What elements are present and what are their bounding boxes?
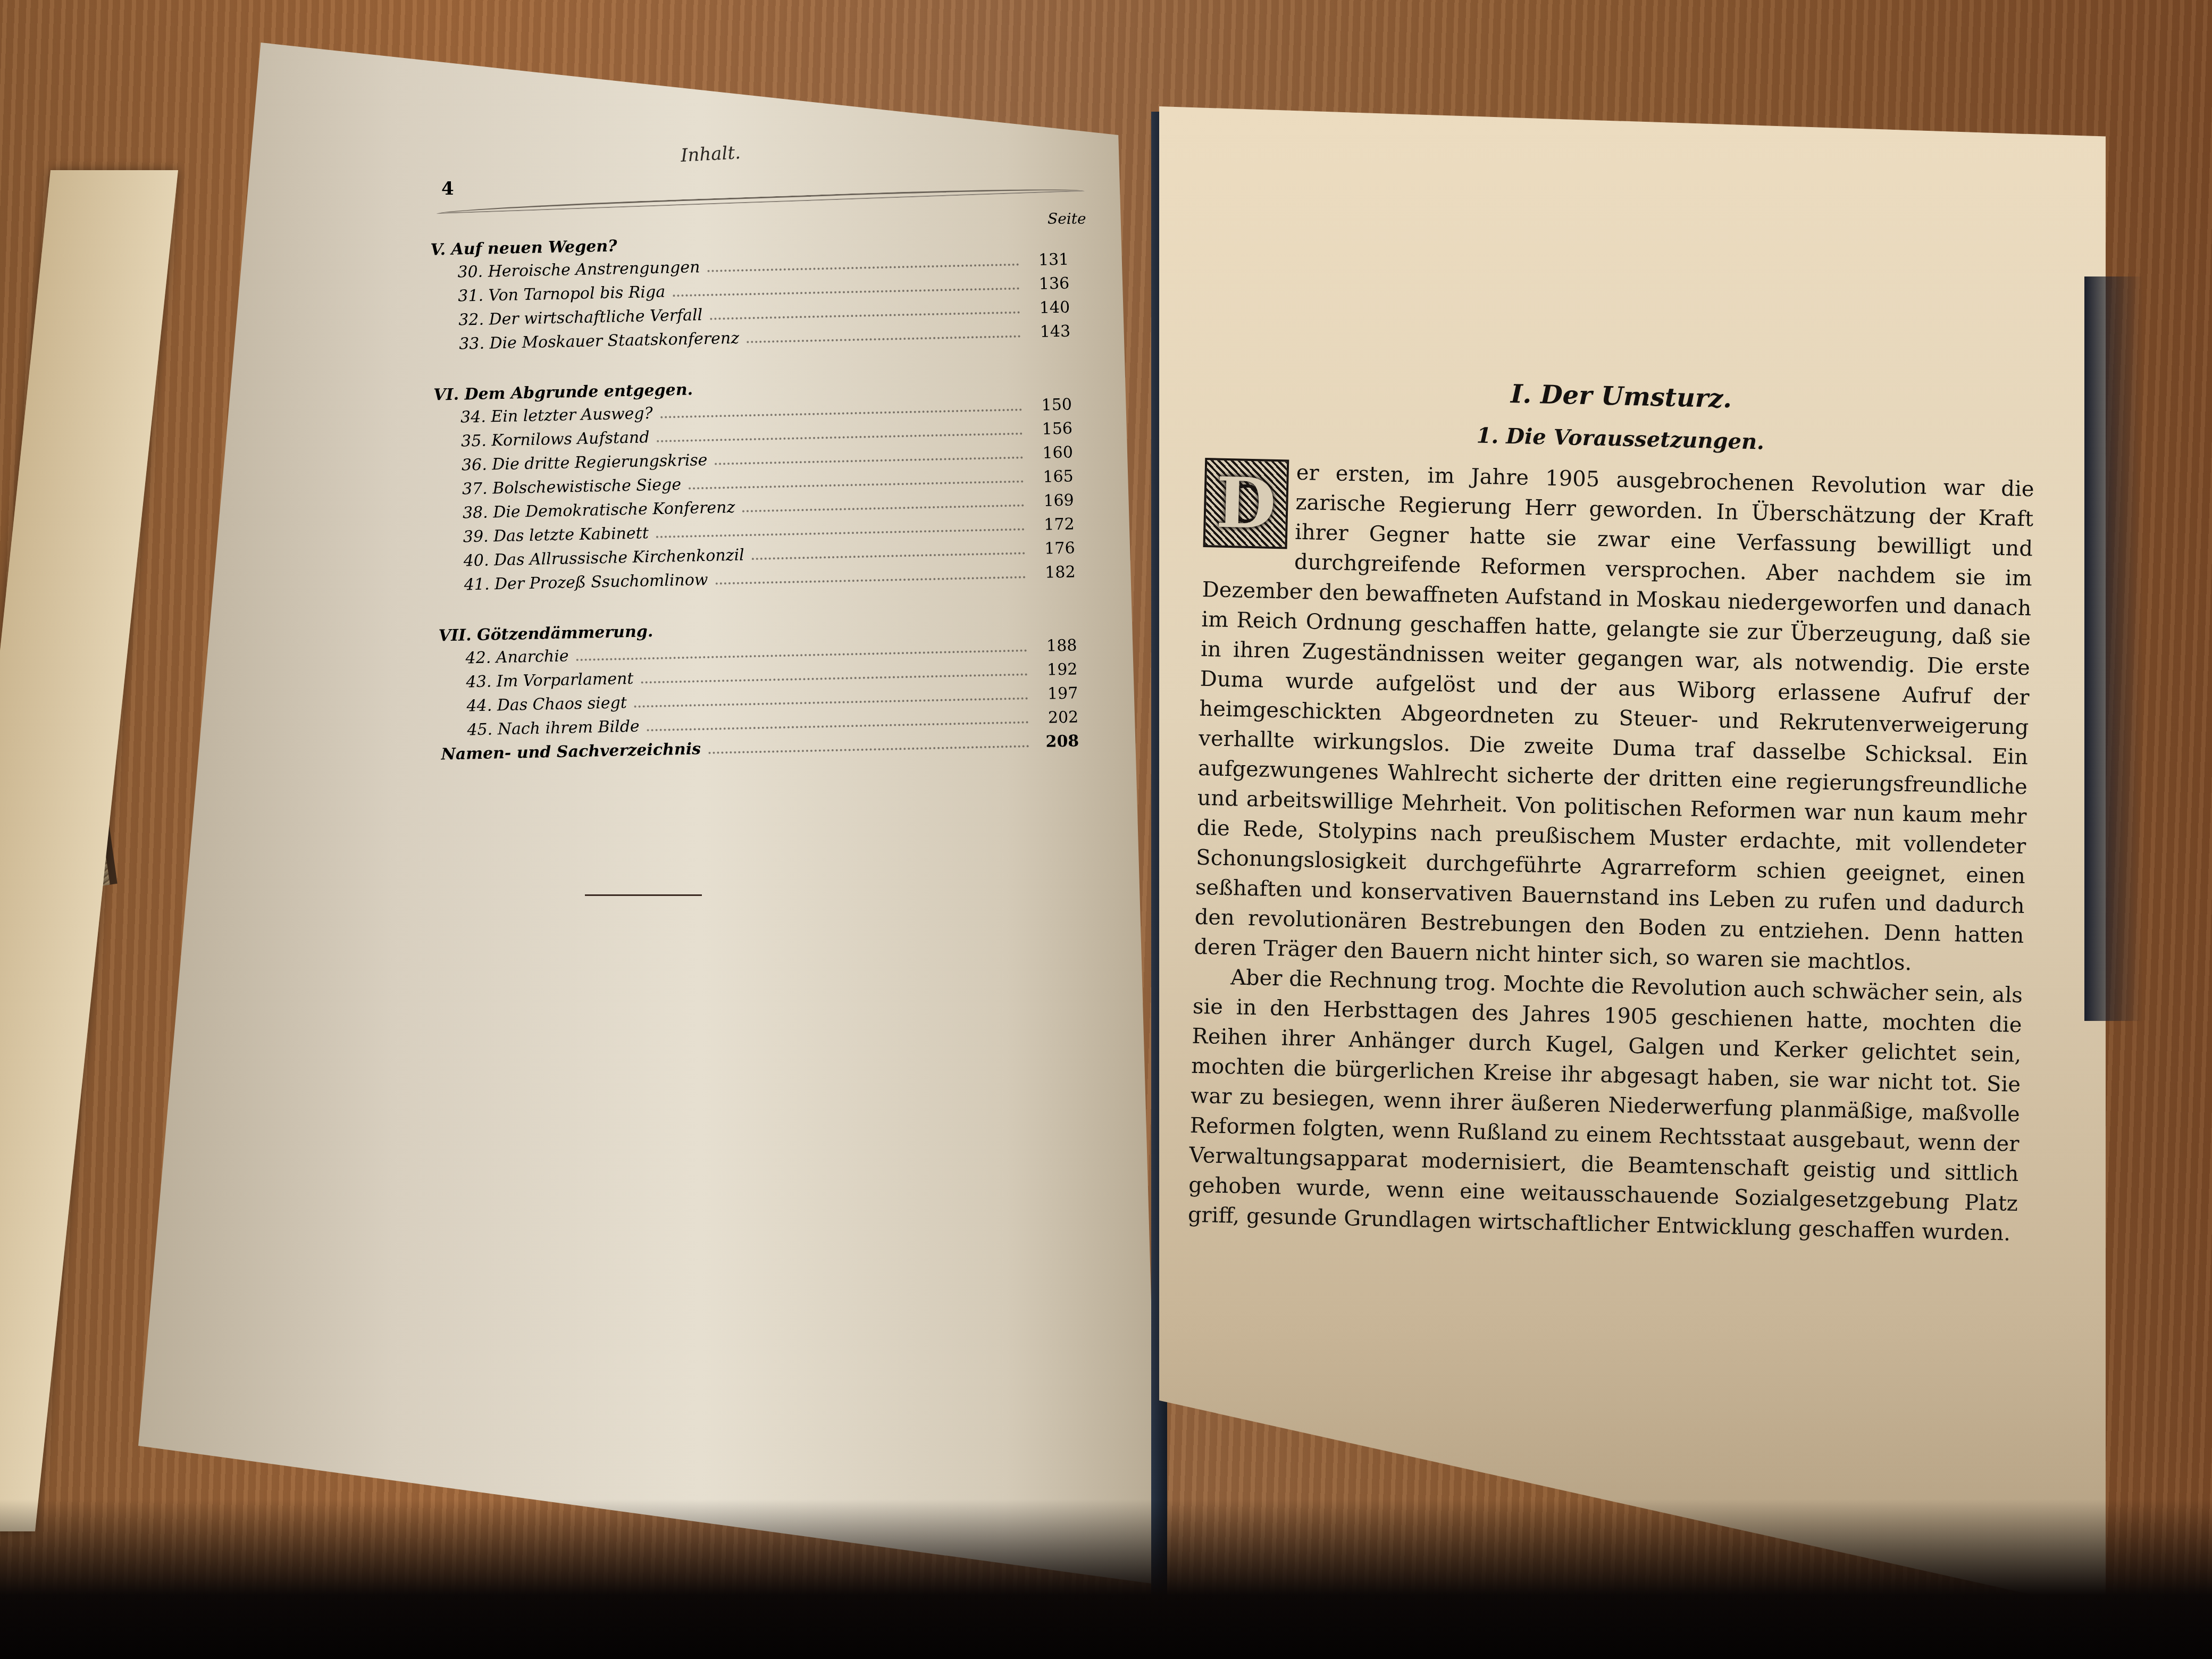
toc-section: V. Auf neuen Wegen? 30. Heroische Anstre… [430,228,1070,359]
toc-entry-title: 44. Das Chaos siegt [466,693,627,715]
toc-entry-page: 197 [1035,684,1078,703]
table-of-contents: V. Auf neuen Wegen? 30. Heroische Anstre… [430,228,1080,796]
toc-entry-title: 35. Kornilows Aufstand [461,428,650,450]
toc-entry-page: 182 [1033,563,1076,582]
toc-entry-page: 131 [1026,250,1069,270]
leader-dots [641,673,1028,683]
page-number: 4 [441,178,454,199]
toc-entry-title: 37. Bolschewistische Siege [462,475,682,499]
leader-dots [742,504,1024,512]
toc-section: VI. Dem Abgrunde entgegen. 34. Ein letzt… [433,372,1076,600]
toc-entry-title: 34. Ein letzter Ausweg? [460,404,653,427]
leader-dots [576,649,1027,661]
toc-entry-title: 39. Das letzte Kabinett [463,524,649,546]
section-title: 1. Die Voraussetzungen. [1205,417,2035,460]
toc-entry-page: 156 [1030,419,1073,439]
paragraph-text: er ersten, im Jahre 1905 ausgebrochenen … [1194,460,2034,975]
chapter-text: I. Der Umsturz. 1. Die Voraussetzungen. … [1187,372,2036,1249]
leader-dots [656,528,1025,538]
paragraph: Aber die Rechnung trog. Mochte die Revol… [1187,962,2023,1249]
toc-entry-page: 165 [1030,467,1074,487]
leader-dots [647,721,1029,731]
end-rule [585,894,702,896]
leader-dots [710,311,1020,320]
foreground-shadow [0,1499,2212,1659]
toc-entry-title: 30. Heroische Anstrengungen [457,258,700,282]
page-edge-shadow [2084,276,2143,1021]
leader-dots [747,335,1020,343]
toc-entry-page: 202 [1036,708,1079,727]
ornamental-drop-cap: D [1203,458,1289,549]
toc-entry-title: 45. Nach ihrem Bilde [467,717,640,740]
leader-dots [689,480,1024,489]
toc-entry-page: 172 [1032,515,1075,534]
leader-dots [660,408,1022,418]
leader-dots [634,697,1028,708]
toc-entry-page: 208 [1036,732,1079,751]
toc-entry-page: 140 [1027,298,1070,318]
page-column-label: Seite [1048,210,1086,228]
leader-dots [707,264,1019,272]
body-text: Der ersten, im Jahre 1905 ausgebrochenen… [1187,456,2034,1249]
toc-entry-page: 150 [1029,395,1073,415]
toc-entry-title: 42. Anarchie [465,647,569,667]
toc-entry-page: 143 [1028,322,1071,342]
leader-dots [657,432,1023,442]
toc-entry-page: 136 [1027,274,1070,294]
toc-entry-page: 160 [1030,443,1073,463]
leader-dots [673,287,1019,297]
leader-dots [708,745,1029,754]
toc-entry-page: 192 [1035,660,1078,680]
leader-dots [752,552,1025,560]
toc-entry-page: 169 [1031,491,1074,510]
toc-section: VII. Götzendämmerung. 42. Anarchie188 43… [438,613,1079,769]
running-head: Inhalt. [680,142,741,166]
toc-entry-title: 43. Im Vorparlament [466,669,634,692]
paragraph: Der ersten, im Jahre 1905 ausgebrochenen… [1194,456,2034,981]
leader-dots [716,576,1026,584]
toc-entry-page: 188 [1034,636,1077,656]
leader-dots [715,456,1023,465]
toc-entry-page: 176 [1032,539,1075,558]
toc-entry-title: 31. Von Tarnopol bis Riga [458,282,665,305]
drop-cap-letter: D [1205,460,1287,547]
